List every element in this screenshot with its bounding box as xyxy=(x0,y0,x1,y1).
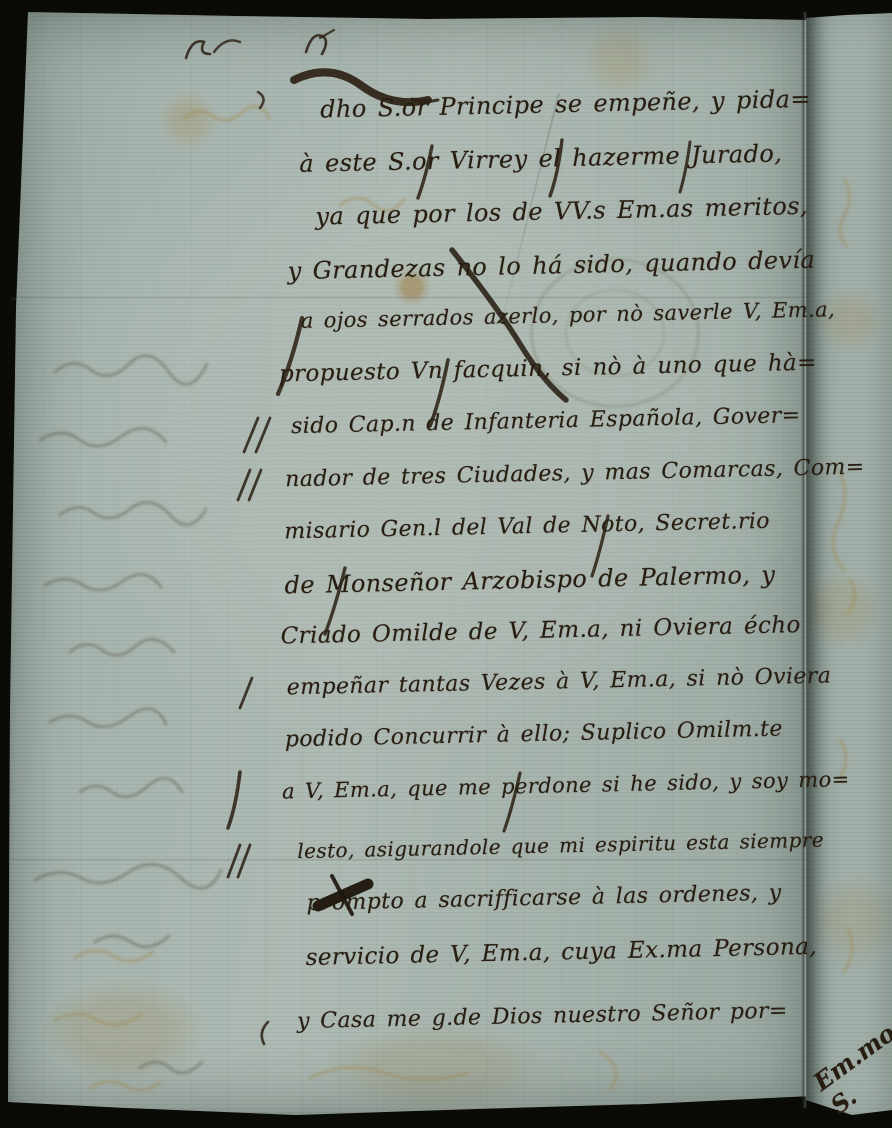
manuscript-line: podido Concurrir à ello; Suplico Omilm.t… xyxy=(285,717,783,753)
manuscript-line: y Grandezas no lo há sido, quando devía xyxy=(287,246,815,286)
manuscript-line: misario Gen.l del Val de Noto, Secret.ri… xyxy=(284,509,770,545)
manuscript-line: de Monseñor Arzobispo de Palermo, y xyxy=(284,561,775,600)
manuscript-line: a V, Em.a, que me perdone si he sido, y … xyxy=(282,767,850,803)
manuscript-line: a ojos serrados azerlo, por nò saverle V… xyxy=(301,297,836,333)
manuscript-line: Criado Omilde de V, Em.a, ni Oviera écho xyxy=(280,612,801,649)
manuscript-line: servicio de V, Em.a, cuya Ex.ma Persona, xyxy=(305,934,817,971)
manuscript-line: ya que por los de VV.s Em.as meritos, xyxy=(315,192,808,231)
manuscript-line: sido Cap.n de Infanteria Española, Gover… xyxy=(291,403,801,439)
manuscript-line: empeñar tantas Vezes à V, Em.a, si nò Ov… xyxy=(287,663,832,700)
manuscript-photo: dho S.or Principe se empeñe, y pida= à e… xyxy=(0,0,892,1128)
manuscript-line: prompto a sacrifficarse à las ordenes, y xyxy=(306,881,782,916)
manuscript-line: nador de tres Ciudades, y mas Comarcas, … xyxy=(285,455,865,493)
manuscript-line: dho S.or Principe se empeñe, y pida= xyxy=(320,85,811,124)
manuscript-line: y Casa me g.de Dios nuestro Señor por= xyxy=(297,998,788,1034)
manuscript-line: lesto, asigurandole que mi espiritu esta… xyxy=(297,828,824,863)
manuscript-line: à este S.or Virrey el hazerme Jurado, xyxy=(299,139,782,178)
letter-text-block: dho S.or Principe se empeñe, y pida= à e… xyxy=(0,0,892,1128)
manuscript-line: propuesto Vn facquin, si nò à uno que hà… xyxy=(279,350,817,388)
